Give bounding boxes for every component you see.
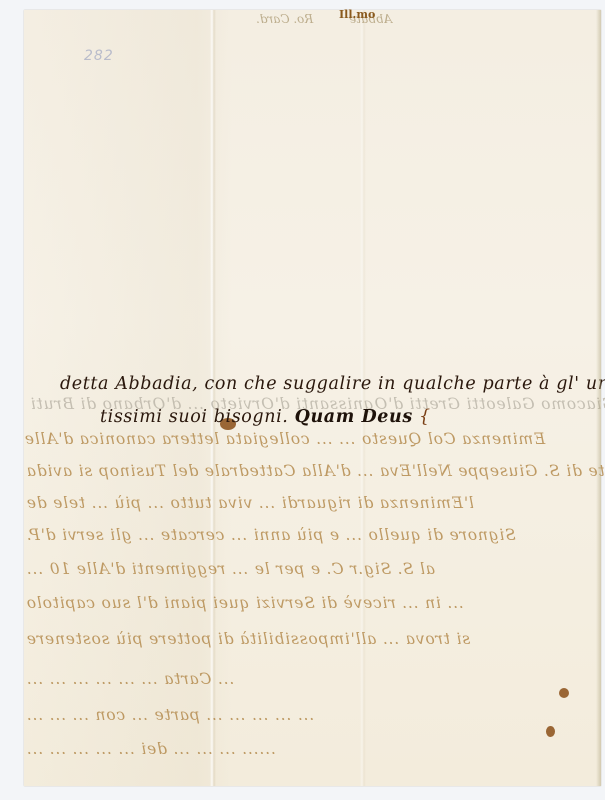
folio-number: 282 (84, 48, 114, 64)
letter-text-line-2: tissimi suoi bisogni. Quam Deus { (100, 407, 431, 427)
bleed-through-line: si trova ... all'impossibilità di potter… (26, 630, 470, 648)
closing-text: tissimi suoi bisogni. (100, 407, 288, 427)
bleed-through-line: al S. Sig.r C. e per le ... reggimenti d… (26, 560, 435, 578)
bleed-through-line: ...... ... ... ... dei ... ... ... ... .… (26, 740, 276, 758)
signature: Quam Deus (295, 407, 413, 427)
bleed-through-line: ... in ... ricevè di Servizi quei piani … (26, 594, 464, 612)
bleed-through-line: Signore di quello ... e più anni ... cer… (26, 526, 516, 544)
bleed-through-line: Eminenza Col Questo ... ... collegiata l… (24, 430, 545, 448)
bleed-through-line: ... ... ... ... ... parte ... con ... ..… (26, 706, 314, 724)
mirrored-annotation: Ro. Card. (256, 12, 313, 26)
ink-blot (546, 726, 555, 737)
signature-flourish: { (419, 407, 431, 427)
letter-text-line-1: detta Abbadia, con che suggalire in qual… (60, 374, 605, 394)
bleed-through-line: l'Eminenza di riguardi ... viva tutto ..… (26, 494, 474, 512)
ink-blot (559, 688, 569, 698)
bleed-through-line: dell'Abbate di S. Giuseppe Nell'Eva ... … (26, 462, 605, 480)
ink-annotation: Ill.mo (339, 8, 375, 21)
bleed-through-line: ... Carta ... ... ... ... ... ... (26, 670, 234, 688)
manuscript-page: 282 Ro. Card. Abbate Ill.mo Giacomo Gale… (24, 10, 601, 786)
